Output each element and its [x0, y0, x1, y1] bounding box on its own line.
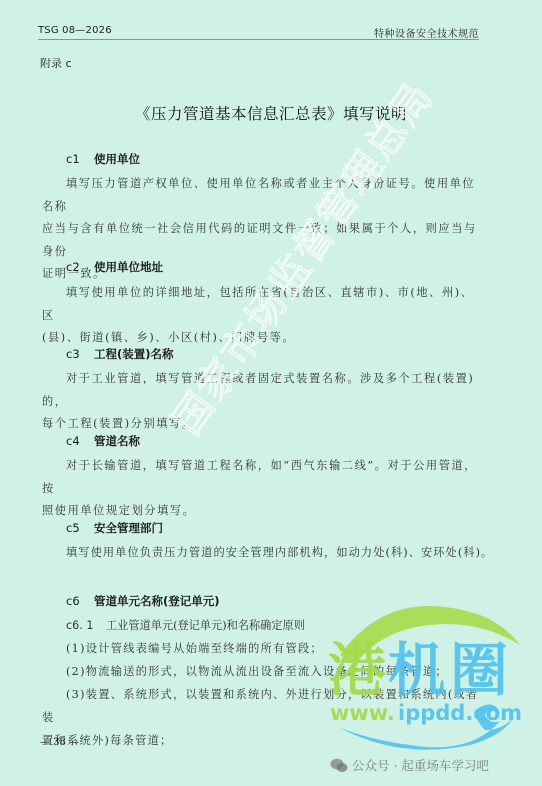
section-heading-c2: c2使用单位地址 [66, 259, 163, 275]
subsection-heading-c6-1: c6. 1工业管道单元(登记单元)和名称确定原则 [66, 617, 305, 633]
section-heading-c1: c1使用单位 [66, 151, 140, 167]
section-heading-c6: c6管道单元名称(登记单元) [66, 593, 220, 609]
section-body-c2: 填写使用单位的详细地址，包括所在省(自治区、直辖市)、市(地、州)、区 (县)、… [42, 282, 484, 350]
section-heading-c5: c5安全管理部门 [66, 520, 163, 536]
standard-code: TSG 08—2026 [38, 25, 112, 36]
series-title: 特种设备安全技术规范 [374, 25, 479, 40]
appendix-label: 附录 c [40, 55, 72, 71]
document-title: 《压力管道基本信息汇总表》填写说明 [0, 102, 542, 124]
section-body-c5: 填写使用单位负责压力管道的安全管理内部机构，如动力处(科)、安环处(科)。 [42, 542, 502, 565]
section-body-c3: 对于工业管道，填写管道工程或者固定式装置名称。涉及多个工程(装置)的， 每个工程… [42, 368, 484, 436]
subsection-body-c6-1: (1)设计管线表编号从始端至终端的所有管段； (2)物流输送的形式，以物流从流出… [42, 637, 484, 752]
section-body-c4: 对于长输管道，填写管道工程名称，如“西气东输二线”。对于公用管道，按 照使用单位… [42, 455, 484, 523]
wechat-account-watermark: 公众号 · 起重场车学习吧 [330, 756, 489, 774]
section-heading-c4: c4管道名称 [66, 433, 140, 449]
section-heading-c3: c3工程(装置)名称 [66, 346, 174, 362]
wechat-icon [330, 758, 348, 773]
page-number: — 38 — [40, 737, 79, 748]
page-header: TSG 08—2026 特种设备安全技术规范 [38, 24, 479, 40]
document-page: TSG 08—2026 特种设备安全技术规范 附录 c 《压力管道基本信息汇总表… [0, 0, 542, 786]
